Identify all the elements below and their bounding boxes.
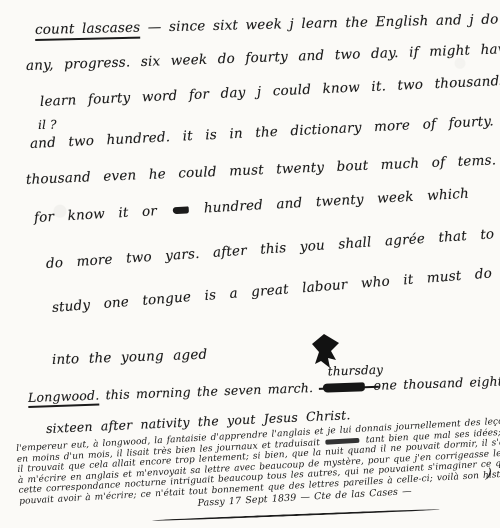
place-name: Longwood. xyxy=(28,388,100,408)
manuscript-line: thousand even he could must twenty bout … xyxy=(26,152,497,188)
heading-rest: since sixt week j learn the English and … xyxy=(169,11,500,35)
stray-marks: il ? xyxy=(38,118,57,132)
scribbled-out-word xyxy=(322,382,364,392)
correction-stack: thursday xyxy=(322,378,364,394)
correction-word: thursday xyxy=(328,363,384,379)
manuscript-line: do more two yars. after this you shall a… xyxy=(45,226,494,272)
salutation: count lascases xyxy=(35,20,141,41)
line6-post: hundred and twenty week which xyxy=(203,186,469,217)
manuscript-line: and two hundred. it is in the dictionary… xyxy=(30,113,495,152)
dateline: Longwood. this morning the seven march. … xyxy=(28,371,500,405)
heading-line: count lascases — since sixt week j learn… xyxy=(35,11,500,38)
line6-pre: for know it or xyxy=(34,203,158,226)
struck-out-word xyxy=(326,437,360,444)
signature-flourish xyxy=(152,508,440,521)
heading-dash: — xyxy=(148,19,162,35)
manuscript-page: count lascases — since sixt week j learn… xyxy=(0,0,500,528)
dateline-pre: this morning the seven march. xyxy=(105,380,313,402)
manuscript-line: study one tongue is a great labour who i… xyxy=(51,265,492,316)
manuscript-line: for know it or hundred and twenty week w… xyxy=(34,186,470,226)
manuscript-line: into the young aged xyxy=(52,347,208,368)
manuscript-line: learn fourty word for day j could know i… xyxy=(40,73,500,110)
dateline-post: one thousand eight hundred. xyxy=(373,371,500,393)
ink-smudge xyxy=(172,206,188,214)
manuscript-line: any, progress. six week do fourty and tw… xyxy=(26,41,500,74)
